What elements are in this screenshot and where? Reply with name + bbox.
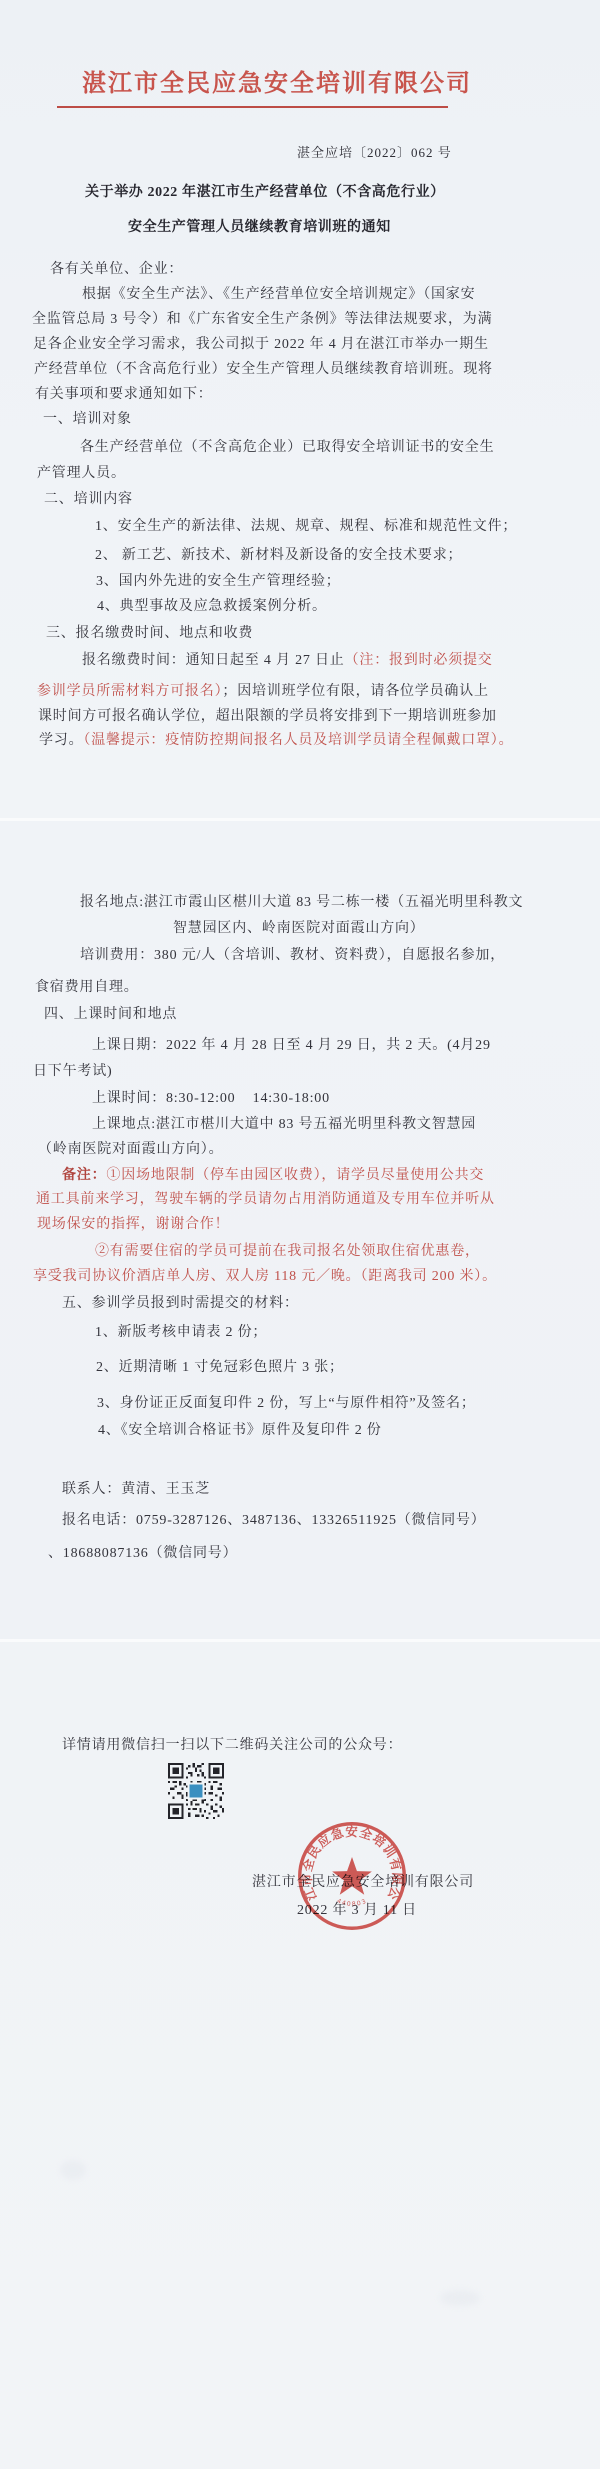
intro-line: 有关事项和要求通知如下：: [35, 387, 213, 403]
notice-title-line1: 关于举办 2022 年湛江市生产经营单位（不含高危行业）: [85, 181, 445, 201]
wechat-logo-square: [189, 1784, 202, 1797]
covid-reminder-red: （温馨提示：疫情防控期间报名人员及培训学员请全程佩戴口罩）。: [83, 733, 513, 748]
contact-person: 联系人：黄清、王玉芝: [62, 1482, 210, 1498]
remark2-line2: 享受我司协议价酒店单人房、双人房 118 元／晚。（距离我司 200 米）。: [33, 1269, 497, 1285]
qr-caption: 详情请用微信扫一扫以下二维码关注公司的公众号：: [62, 1738, 402, 1754]
registration-time-line4: 学习。（温馨提示：疫情防控期间报名人员及培训学员请全程佩戴口罩）。: [39, 733, 513, 749]
section1-heading: 一、培训对象: [43, 412, 132, 428]
document-number: 湛全应培〔2022〕062 号: [297, 142, 452, 161]
registration-time-black: 报名缴费时间：通知日起至 4 月 27 日止: [82, 653, 345, 668]
notice-title-line2: 安全生产管理人员继续教育培训班的通知: [128, 216, 391, 236]
section2-item: 2、 新工艺、新技术、新材料及新设备的安全技术要求；: [95, 548, 462, 564]
section2-item: 1、安全生产的新法律、法规、规章、规程、标准和规范性文件；: [95, 519, 517, 535]
section1-body-line: 产管理人员。: [37, 466, 126, 482]
page-3: [0, 1642, 600, 2469]
qr-code-icon: [168, 1763, 224, 1819]
fee-line1: 培训费用：380 元/人（含培训、教材、资料费），自愿报名参加，: [80, 948, 505, 964]
fee-line2: 食宿费用自理。: [35, 980, 139, 996]
material-item: 4、《安全培训合格证书》原件及复印件 2 份: [98, 1423, 382, 1439]
remark-line3: 现场保安的指挥，谢谢合作！: [37, 1217, 229, 1233]
registration-time-line1: 报名缴费时间：通知日起至 4 月 27 日止（注：报到时必须提交: [82, 653, 493, 669]
class-place-line1: 上课地点:湛江市椹川大道中 83 号五福光明里科教文智慧园: [92, 1117, 476, 1133]
registration-time-black: ；因培训班学位有限，请各位学员确认上: [222, 684, 488, 699]
section2-heading: 二、培训内容: [44, 492, 133, 508]
remark-text: ①因场地限制（停车由园区收费），请学员尽量使用公共交: [106, 1168, 484, 1183]
registration-note-red: 参训学员所需材料方可报名）: [37, 684, 222, 699]
intro-line: 全监管总局 3 号令）和《广东省安全生产条例》等法律法规要求，为满: [32, 312, 492, 328]
letterhead-divider: [57, 106, 448, 108]
intro-line: 根据《安全生产法》、《生产经营单位安全培训规定》（国家安: [82, 287, 475, 303]
seal-ring-text: 湛江市全民应急安全培训有限公司: [295, 1819, 405, 1904]
registration-note-red: （注：报到时必须提交: [345, 653, 493, 668]
official-seal: 湛江市全民应急安全培训有限公司 440803: [295, 1819, 409, 1933]
intro-line: 足各企业安全学习需求，我公司拟于 2022 年 4 月在湛江市举办一期生: [33, 337, 489, 353]
section2-item: 4、典型事故及应急救援案例分析。: [97, 599, 327, 615]
registration-place-line1: 报名地点:湛江市霞山区椹川大道 83 号二栋一楼（五福光明里科教文: [80, 895, 523, 911]
registration-time-line2: 参训学员所需材料方可报名）；因培训班学位有限，请各位学员确认上: [37, 684, 489, 700]
class-time: 上课时间：8:30-12:00 14:30-18:00: [92, 1091, 330, 1107]
scanned-notice-document: 湛江市全民应急安全培训有限公司 湛全应培〔2022〕062 号 关于举办 202…: [0, 0, 600, 2469]
section4-heading: 四、上课时间和地点: [44, 1007, 177, 1023]
material-item: 3、身份证正反面复印件 2 份，写上“与原件相符”及签名；: [97, 1396, 476, 1412]
section1-body-line: 各生产经营单位（不含高危企业）已取得安全培训证书的安全生: [80, 440, 494, 456]
seal-code: 440803: [336, 1898, 369, 1908]
salutation: 各有关单位、企业：: [50, 262, 183, 278]
letterhead-company-name: 湛江市全民应急安全培训有限公司: [82, 63, 472, 98]
material-item: 1、新版考核申请表 2 份；: [95, 1325, 267, 1341]
scan-smudge: [440, 2290, 480, 2306]
remark-line1: 备注：①因场地限制（停车由园区收费），请学员尽量使用公共交: [62, 1168, 484, 1184]
phone-line1: 报名电话：0759-3287126、3487136、13326511925（微信…: [62, 1513, 486, 1529]
class-date-line2: 日下午考试): [33, 1064, 112, 1080]
section5-heading: 五、参训学员报到时需提交的材料：: [62, 1296, 299, 1312]
star-icon: [332, 1857, 372, 1895]
remark2-line1: ②有需要住宿的学员可提前在我司报名处领取住宿优惠卷，: [95, 1244, 480, 1260]
registration-place-line2: 智慧园区内、岭南医院对面霞山方向）: [173, 921, 425, 937]
scan-smudge: [60, 2160, 86, 2180]
material-item: 2、近期清晰 1 寸免冠彩色照片 3 张；: [96, 1360, 344, 1376]
section2-item: 3、国内外先进的安全生产管理经验；: [96, 574, 341, 590]
intro-line: 产经营单位（不含高危行业）安全生产管理人员继续教育培训班。现将: [34, 362, 493, 378]
section3-heading: 三、报名缴费时间、地点和收费: [46, 626, 253, 642]
phone-line2: 、18688087136（微信同号）: [48, 1546, 237, 1562]
registration-time-line3: 课时间方可报名确认学位，超出限额的学员将安排到下一期培训班参加: [38, 709, 497, 725]
remark-line2: 通工具前来学习，驾驶车辆的学员请勿占用消防通道及专用车位并听从: [36, 1192, 495, 1208]
registration-time-black: 学习。: [39, 733, 83, 748]
class-place-line2: （岭南医院对面霞山方向）。: [38, 1142, 223, 1158]
remark-label: 备注：: [62, 1168, 106, 1183]
class-date-line1: 上课日期：2022 年 4 月 28 日至 4 月 29 日，共 2 天。(4月…: [92, 1038, 491, 1054]
svg-text:440803: 440803: [336, 1898, 369, 1908]
svg-text:湛江市全民应急安全培训有限公司: 湛江市全民应急安全培训有限公司: [295, 1819, 405, 1904]
